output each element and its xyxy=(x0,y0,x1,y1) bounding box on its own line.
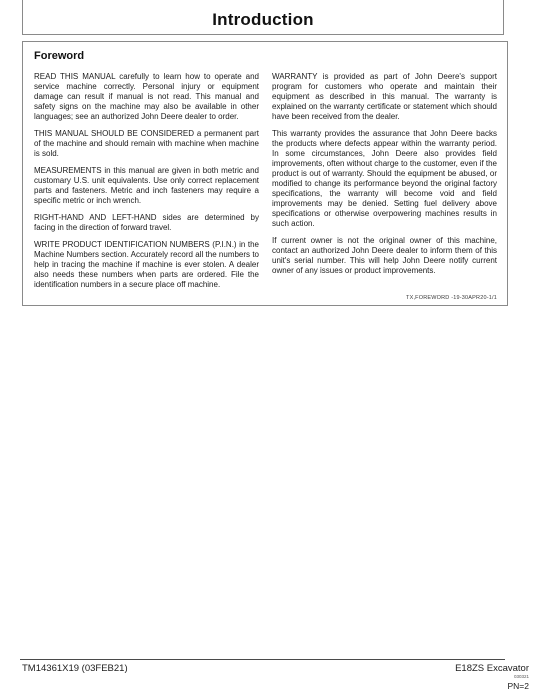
paragraph: This warranty provides the assurance tha… xyxy=(272,129,497,229)
paragraph: THIS MANUAL SHOULD BE CONSIDERED a perma… xyxy=(34,129,259,159)
two-column-text: READ THIS MANUAL carefully to learn how … xyxy=(34,72,497,297)
page-number: PN=2 xyxy=(455,681,529,691)
model-name: E18ZS Excavator xyxy=(455,663,529,674)
revision-reference-code: TX,FOREWORD -19-30APR20-1/1 xyxy=(406,295,497,301)
paragraph: WARRANTY is provided as part of John Dee… xyxy=(272,72,497,122)
foreword-section: Foreword READ THIS MANUAL carefully to l… xyxy=(22,41,508,306)
print-code: 030321 xyxy=(455,674,529,679)
section-heading: Foreword xyxy=(34,50,497,62)
manual-number: TM14361X19 (03FEB21) xyxy=(22,663,128,674)
page-header: Introduction xyxy=(22,0,504,35)
paragraph: READ THIS MANUAL carefully to learn how … xyxy=(34,72,259,122)
footer-right-block: E18ZS Excavator 030321 PN=2 xyxy=(455,663,529,691)
paragraph: MEASUREMENTS in this manual are given in… xyxy=(34,166,259,206)
footer-divider xyxy=(20,659,505,660)
paragraph: WRITE PRODUCT IDENTIFICATION NUMBERS (P.… xyxy=(34,240,259,290)
left-column: READ THIS MANUAL carefully to learn how … xyxy=(34,72,259,297)
page-title: Introduction xyxy=(212,10,314,30)
paragraph: If current owner is not the original own… xyxy=(272,236,497,276)
manual-page: Introduction Foreword READ THIS MANUAL c… xyxy=(0,0,541,700)
right-column: WARRANTY is provided as part of John Dee… xyxy=(272,72,497,297)
paragraph: RIGHT-HAND AND LEFT-HAND sides are deter… xyxy=(34,213,259,233)
